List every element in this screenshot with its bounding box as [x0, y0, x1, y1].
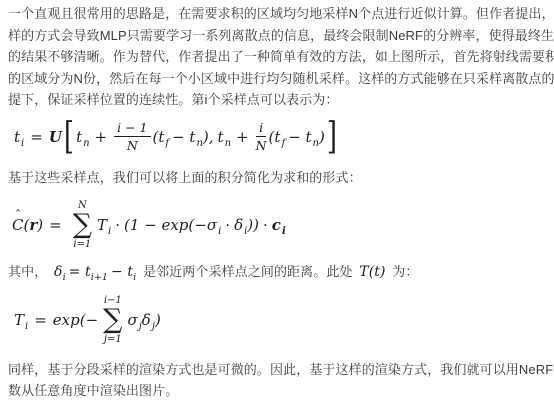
paragraph-line: 提下，保证采样位置的连续性。第i个采样点可以表示为： — [8, 89, 546, 111]
inline-math-delta: δi = ti+1 − ti — [54, 264, 136, 280]
math-uniform-operator: U — [49, 128, 62, 146]
math-var: ti — [14, 128, 24, 146]
math-paren: ) — [37, 216, 43, 234]
math-left-bracket: [ — [64, 115, 74, 159]
paragraph-line: 的结果不够清晰。作为替代，作者提出了一种简单有效的方法，如上图所示，首先将射线需… — [8, 46, 546, 68]
math-equals: = — [49, 216, 62, 234]
math-c-hat: ˆC — [12, 216, 23, 234]
paragraph-sum-intro: 基于这些采样点，我们可以将上面的积分简化为求和的形式： — [8, 167, 546, 189]
math-var: tn — [218, 128, 231, 146]
math-fraction: i N — [256, 120, 267, 153]
math-summation: i−1 ∑ j=1 — [103, 295, 122, 345]
paragraph-line: 基于这些采样点，我们可以将上面的积分简化为求和的形式： — [8, 167, 546, 189]
math-right-bracket: ] — [327, 115, 337, 159]
paragraph-line: 数从任意角度中渲染出图片。 — [8, 380, 546, 402]
math-dot: · — [115, 216, 120, 234]
article-content: 一个直观且很常用的思路是，在需要求积的区域均匀地采样N个点进行近似计算。但作者提… — [8, 3, 546, 402]
math-color-var: ci — [272, 216, 286, 234]
paragraph-line: 样的方式会导致MLP只需要学习一系列离散点的信息，最终会限制NeRF的分辨率，使… — [8, 25, 546, 47]
math-equals: = — [30, 128, 43, 146]
paragraph-text: 是邻近两个采样点之间的距离。此处 — [143, 264, 353, 279]
math-equals: = — [34, 311, 47, 329]
paragraph-differentiable: 同样，基于分段采样的渲染方式也是可微的。因此，基于这样的渲染方式，我们就可以用N… — [8, 359, 546, 402]
math-plus: + — [236, 128, 249, 146]
math-group: (tf − tn), — [153, 128, 214, 146]
math-var: δi)) — [234, 216, 259, 234]
math-fraction: i − 1 N — [114, 120, 150, 153]
inline-math-transmittance: T(t) — [359, 264, 385, 280]
paragraph-text: 为： — [392, 264, 418, 279]
math-summation: N ∑ i=1 — [73, 200, 92, 250]
math-paren: ) — [155, 311, 161, 329]
math-var: tn — [76, 128, 89, 146]
formula-transmittance: Ti = exp(− i−1 ∑ j=1 σj δj ) — [14, 292, 546, 348]
math-dot: · — [225, 216, 230, 234]
paragraph-line: 同样，基于分段采样的渲染方式也是可微的。因此，基于这样的渲染方式，我们就可以用N… — [8, 359, 546, 381]
paragraph-text: 其中， — [8, 264, 47, 279]
paragraph-delta-definition: 其中， δi = ti+1 − ti 是邻近两个采样点之间的距离。此处 T(t)… — [8, 261, 546, 284]
math-dot: · — [263, 216, 268, 234]
paragraph-line: 的区域分为N份，然后在每一个小区域中进行均匀随机采样。这样的方式能够在只采样离散… — [8, 68, 546, 90]
math-var: Ti — [97, 216, 111, 234]
math-var: σj — [127, 311, 141, 329]
math-group: (tf − tn) — [269, 128, 325, 146]
paragraph-uniform-sampling: 一个直观且很常用的思路是，在需要求积的区域均匀地采样N个点进行近似计算。但作者提… — [8, 3, 546, 111]
math-group: (1 − exp(−σi — [124, 216, 221, 234]
paragraph-line: 一个直观且很常用的思路是，在需要求积的区域均匀地采样N个点进行近似计算。但作者提… — [8, 3, 546, 25]
math-plus: + — [95, 128, 108, 146]
formula-stratified-sampling: ti = U [ tn + i − 1 N (tf − tn), tn + i … — [14, 116, 546, 158]
math-var: Ti — [14, 311, 28, 329]
math-var: δj — [142, 311, 155, 329]
formula-volume-rendering-sum: ˆC ( r ) = N ∑ i=1 Ti · (1 − exp(−σi · δ… — [12, 197, 546, 252]
math-exp: exp(− — [53, 311, 98, 329]
